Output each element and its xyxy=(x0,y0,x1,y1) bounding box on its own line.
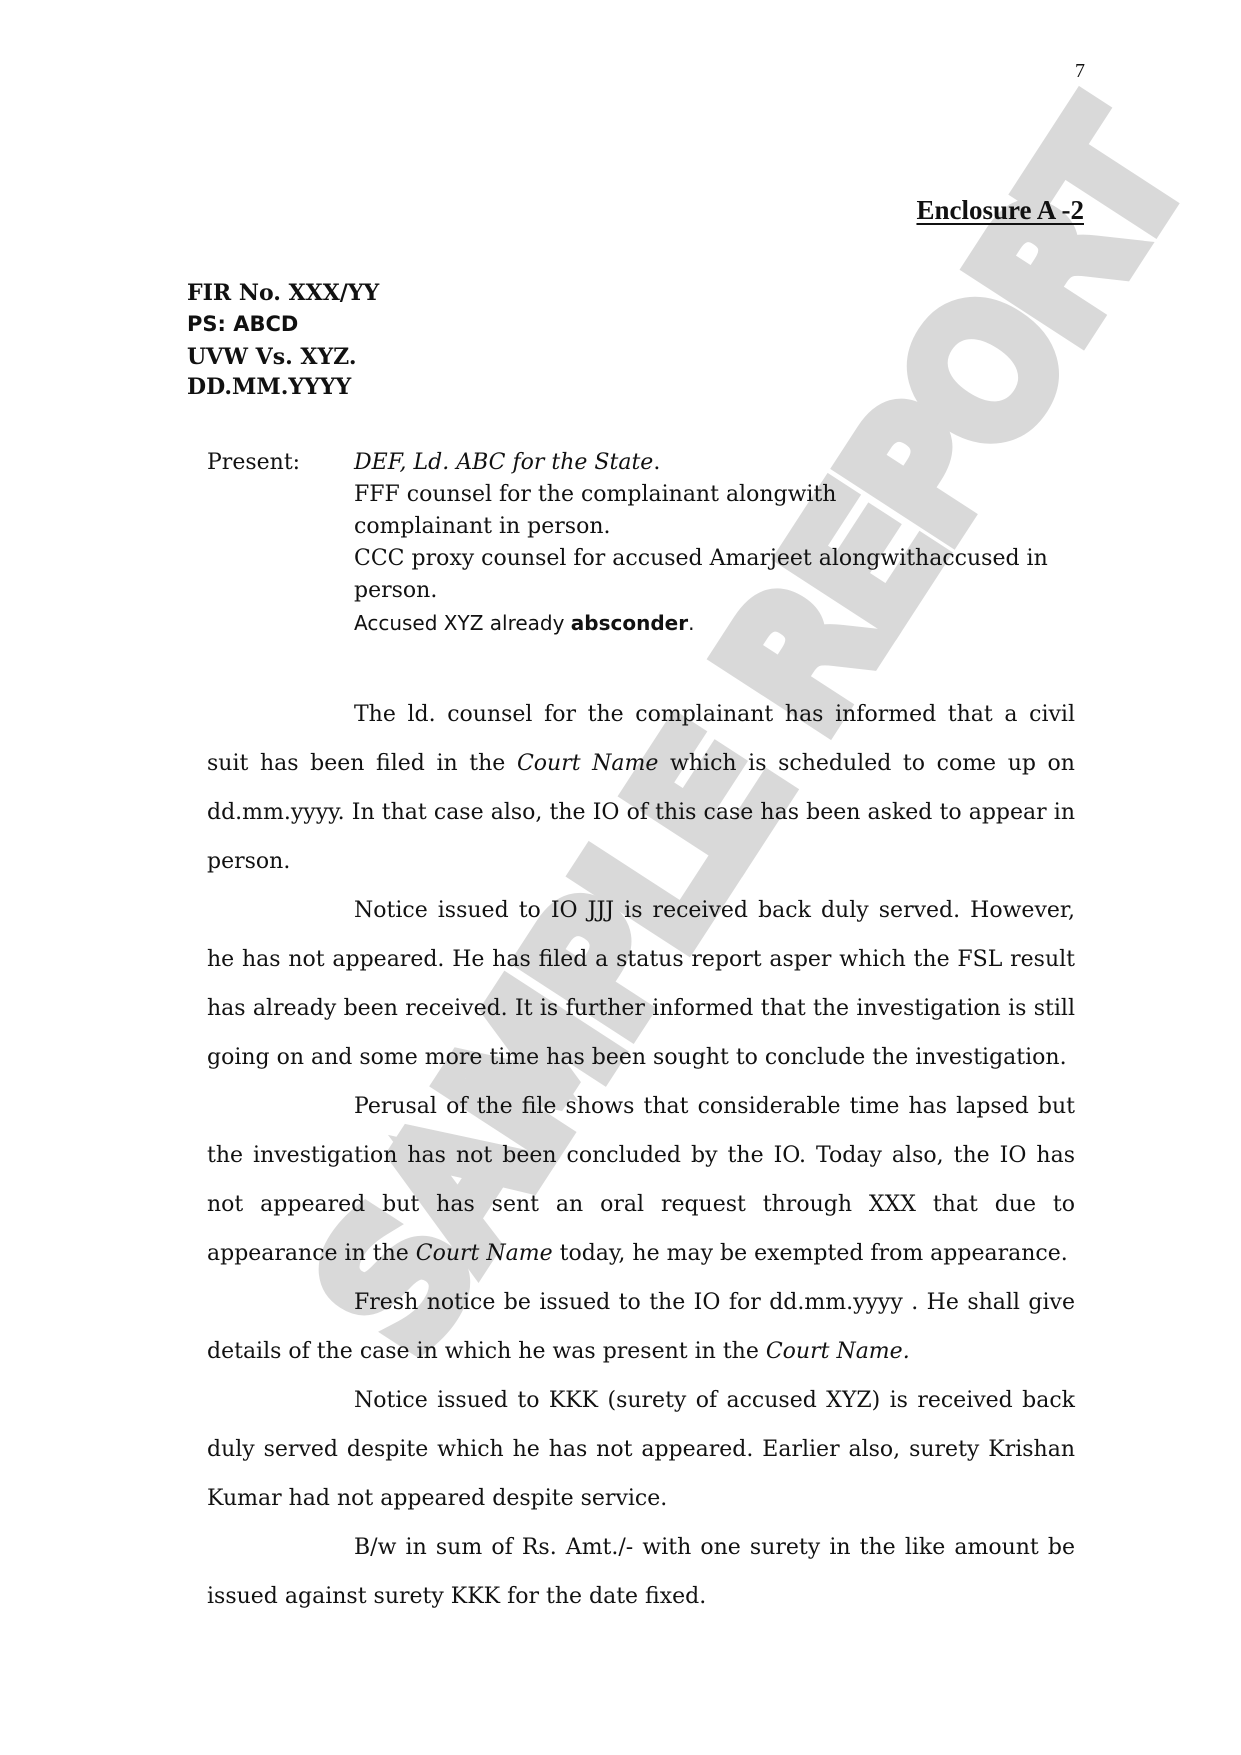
present-complainant-counsel: FFF counsel for the complainant alongwit… xyxy=(354,479,1077,511)
paragraph-civil-suit: The ld. counsel for the complainant has … xyxy=(207,690,1075,886)
paragraph-fresh-notice: Fresh notice be issued to the IO for dd.… xyxy=(207,1278,1075,1376)
present-list: DEF, Ld. ABC for the State. FFF counsel … xyxy=(354,447,1077,639)
enclosure-title: Enclosure A -2 xyxy=(916,195,1084,226)
document-page: SAMPLE REPORT 7 Enclosure A -2 FIR No. X… xyxy=(0,0,1241,1755)
fir-number: FIR No. XXX/YY xyxy=(187,278,379,308)
order-body: The ld. counsel for the complainant has … xyxy=(207,690,1075,1621)
police-station: PS: ABCD xyxy=(187,308,379,340)
present-accused: person. xyxy=(354,575,1077,607)
present-state-counsel: DEF, Ld. ABC for the State. xyxy=(354,447,1077,479)
paragraph-io-notice: Notice issued to IO JJJ is received back… xyxy=(207,886,1075,1082)
present-label: Present: xyxy=(207,447,300,479)
present-accused-counsel: CCC proxy counsel for accused Amarjeet a… xyxy=(354,543,1077,575)
paragraph-bailable-warrant: B/w in sum of Rs. Amt./- with one surety… xyxy=(207,1523,1075,1621)
paragraph-perusal: Perusal of the file shows that considera… xyxy=(207,1082,1075,1278)
paragraph-surety-notice: Notice issued to KKK (surety of accused … xyxy=(207,1376,1075,1523)
case-parties: UVW Vs. XYZ. xyxy=(187,342,379,372)
present-complainant: complainant in person. xyxy=(354,511,1077,543)
present-absconder: Accused XYZ already absconder. xyxy=(354,607,1077,639)
order-date: DD.MM.YYYY xyxy=(187,372,379,402)
present-section: Present: DEF, Ld. ABC for the State. FFF… xyxy=(207,447,1077,639)
case-header: FIR No. XXX/YY PS: ABCD UVW Vs. XYZ. DD.… xyxy=(187,278,379,402)
page-number: 7 xyxy=(1060,60,1085,83)
